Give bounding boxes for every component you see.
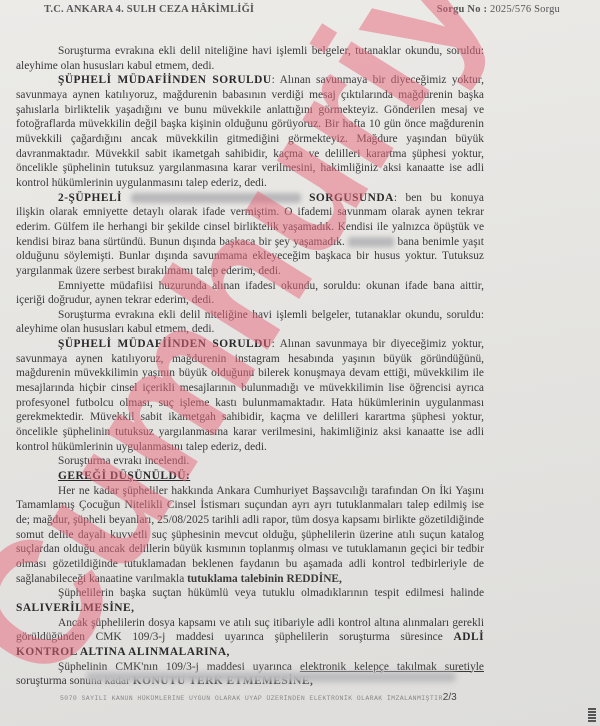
decision-text: tutuklama talebinin REDDİNE,: [187, 573, 342, 585]
paragraph: Her ne kadar şüpheliler hakkında Ankara …: [16, 484, 484, 587]
signature-footer: 5070 SAYILI KANUN HÜKÜMLERİNE UYGUN OLAR…: [60, 692, 457, 703]
paragraph-text: Her ne kadar şüpheliler hakkında Ankara …: [16, 485, 484, 585]
case-label: Sorgu No :: [437, 4, 487, 15]
case-number-value: 2025/576 Sorgu: [490, 4, 560, 15]
redacted-name: [131, 193, 301, 203]
paragraph: ŞÜPHELİ MÜDAFİİNDEN SORULDU: Alınan savu…: [16, 73, 484, 190]
paragraph-text: : Alınan savunmaya bir diyeceğimiz yoktu…: [16, 338, 484, 453]
paragraph: 2-ŞÜPHELİ SORGUSUNDA: ben bu konuya iliş…: [16, 191, 484, 279]
document-header: T.C. ANKARA 4. SULH CEZA HÂKİMLİĞİ Sorgu…: [44, 4, 570, 20]
section-heading: ŞÜPHELİ MÜDAFİİNDEN SORULDU: [58, 74, 272, 86]
paragraph: Soruşturma evrakına ekli delil niteliğin…: [16, 44, 484, 73]
page-number: 2/3: [443, 692, 457, 703]
paragraph-text: : Alınan savunmaya bir diyeceğimiz yoktu…: [16, 74, 484, 189]
paragraph: Ancak şüphelilerin dosya kapsamı ve atıl…: [16, 616, 484, 660]
redacted-text: [348, 237, 394, 247]
paragraph: Emniyette müdafiisi huzurunda alınan ifa…: [16, 279, 484, 308]
decision-heading: GEREĞİ DÜŞÜNÜLDÜ:: [58, 470, 190, 482]
paragraph: Şüphelilerin başka suçtan hükümlü veya t…: [16, 586, 484, 615]
qr-code-icon: [588, 708, 596, 722]
paragraph: ŞÜPHELİ MÜDAFİİNDEN SORULDU: Alınan savu…: [16, 337, 484, 454]
decision-text: SALIVERİLMESİNE,: [16, 602, 134, 614]
paragraph: Soruşturma evrakına ekli delil niteliğin…: [16, 308, 484, 337]
court-name: T.C. ANKARA 4. SULH CEZA HÂKİMLİĞİ: [44, 4, 254, 15]
document-page: T.C. ANKARA 4. SULH CEZA HÂKİMLİĞİ Sorgu…: [0, 0, 600, 726]
paragraph-text: Şüphelinin CMK'nın 109/3-j maddesi uyarı…: [58, 661, 292, 673]
document-body: Soruşturma evrakına ekli delil niteliğin…: [16, 44, 484, 689]
section-heading: ŞÜPHELİ MÜDAFİİNDEN SORULDU: [58, 338, 272, 350]
paragraph: GEREĞİ DÜŞÜNÜLDÜ:: [16, 469, 484, 484]
section-heading: SORGUSUNDA: [309, 192, 394, 204]
e-signature-notice: 5070 SAYILI KANUN HÜKÜMLERİNE UYGUN OLAR…: [60, 695, 443, 702]
case-number: Sorgu No : 2025/576 Sorgu: [437, 4, 560, 15]
section-heading: 2-ŞÜPHELİ: [58, 192, 122, 204]
underlined-text: elektronik kelepçe takılmak suretiyle: [300, 661, 484, 673]
paragraph-text: Şüphelilerin başka suçtan hükümlü veya t…: [58, 587, 484, 599]
paragraph: Soruşturma evrakı incelendi.: [16, 454, 484, 469]
redacted-line: [86, 672, 456, 682]
paragraph-text: Ancak şüphelilerin dosya kapsamı ve atıl…: [16, 617, 484, 644]
